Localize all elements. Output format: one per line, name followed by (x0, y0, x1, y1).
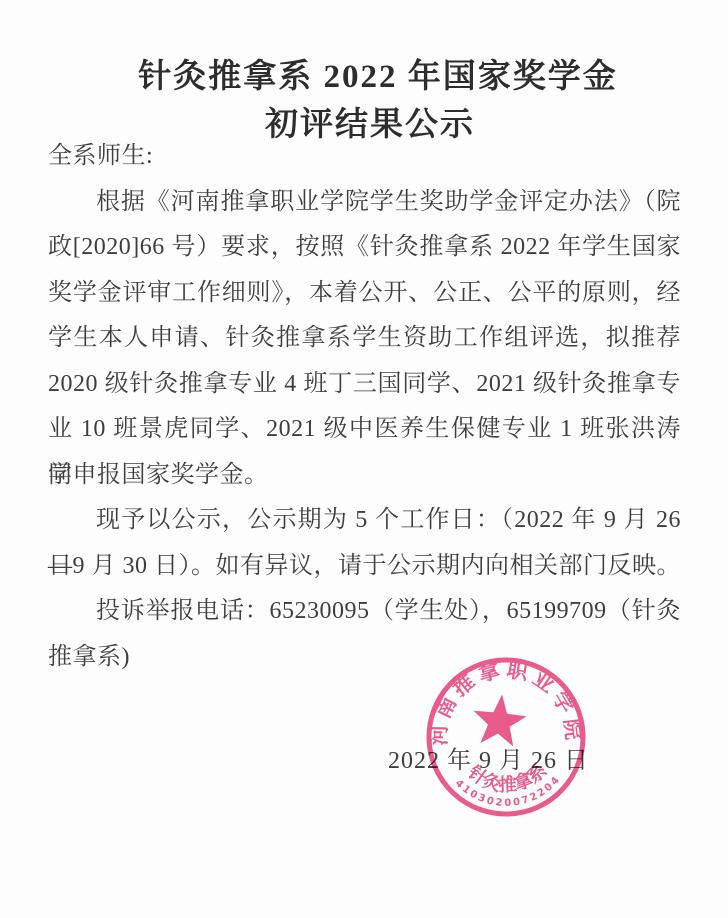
document-line: 现予以公示，公示期为 5 个工作日：（2022 年 9 月 26 日 (48, 498, 681, 544)
document-line: 政[2020]66 号）要求，按照《针灸推拿系 2022 年学生国家 (48, 225, 681, 271)
document-line: 根据《河南推拿职业学院学生奖助学金评定办法》（院 (48, 180, 681, 226)
document-body: 全系师生:根据《河南推拿职业学院学生奖助学金评定办法》（院政[2020]66 号… (48, 134, 681, 680)
official-seal: 河南推拿职业学院 针灸推拿系 4103020072204 (403, 634, 610, 841)
document-line: 业 10 班景虎同学、2021 级中医养生保健专业 1 班张洪涛同 (48, 407, 681, 453)
document-line: 2020 级针灸推拿专业 4 班丁三国同学、2021 级针灸推拿专 (48, 362, 681, 408)
document-line: 投诉举报电话：65230095（学生处），65199709（针灸 (48, 589, 681, 635)
document-page: 针灸推拿系 2022 年国家奖学金 初评结果公示 全系师生:根据《河南推拿职业学… (0, 0, 728, 918)
seal-star-icon (470, 692, 528, 748)
document-line: 学生本人申请、针灸推拿系学生资助工作组评选，拟推荐 (48, 316, 681, 362)
document-line: —9 月 30 日）。如有异议，请于公示期内向相关部门反映。 (48, 544, 681, 590)
document-line: 全系师生: (48, 134, 681, 180)
document-title-line1: 针灸推拿系 2022 年国家奖学金 (14, 50, 728, 97)
document-line: 学申报国家奖学金。 (48, 453, 681, 499)
document-line: 奖学金评审工作细则》，本着公开、公正、公平的原则，经 (48, 271, 681, 317)
